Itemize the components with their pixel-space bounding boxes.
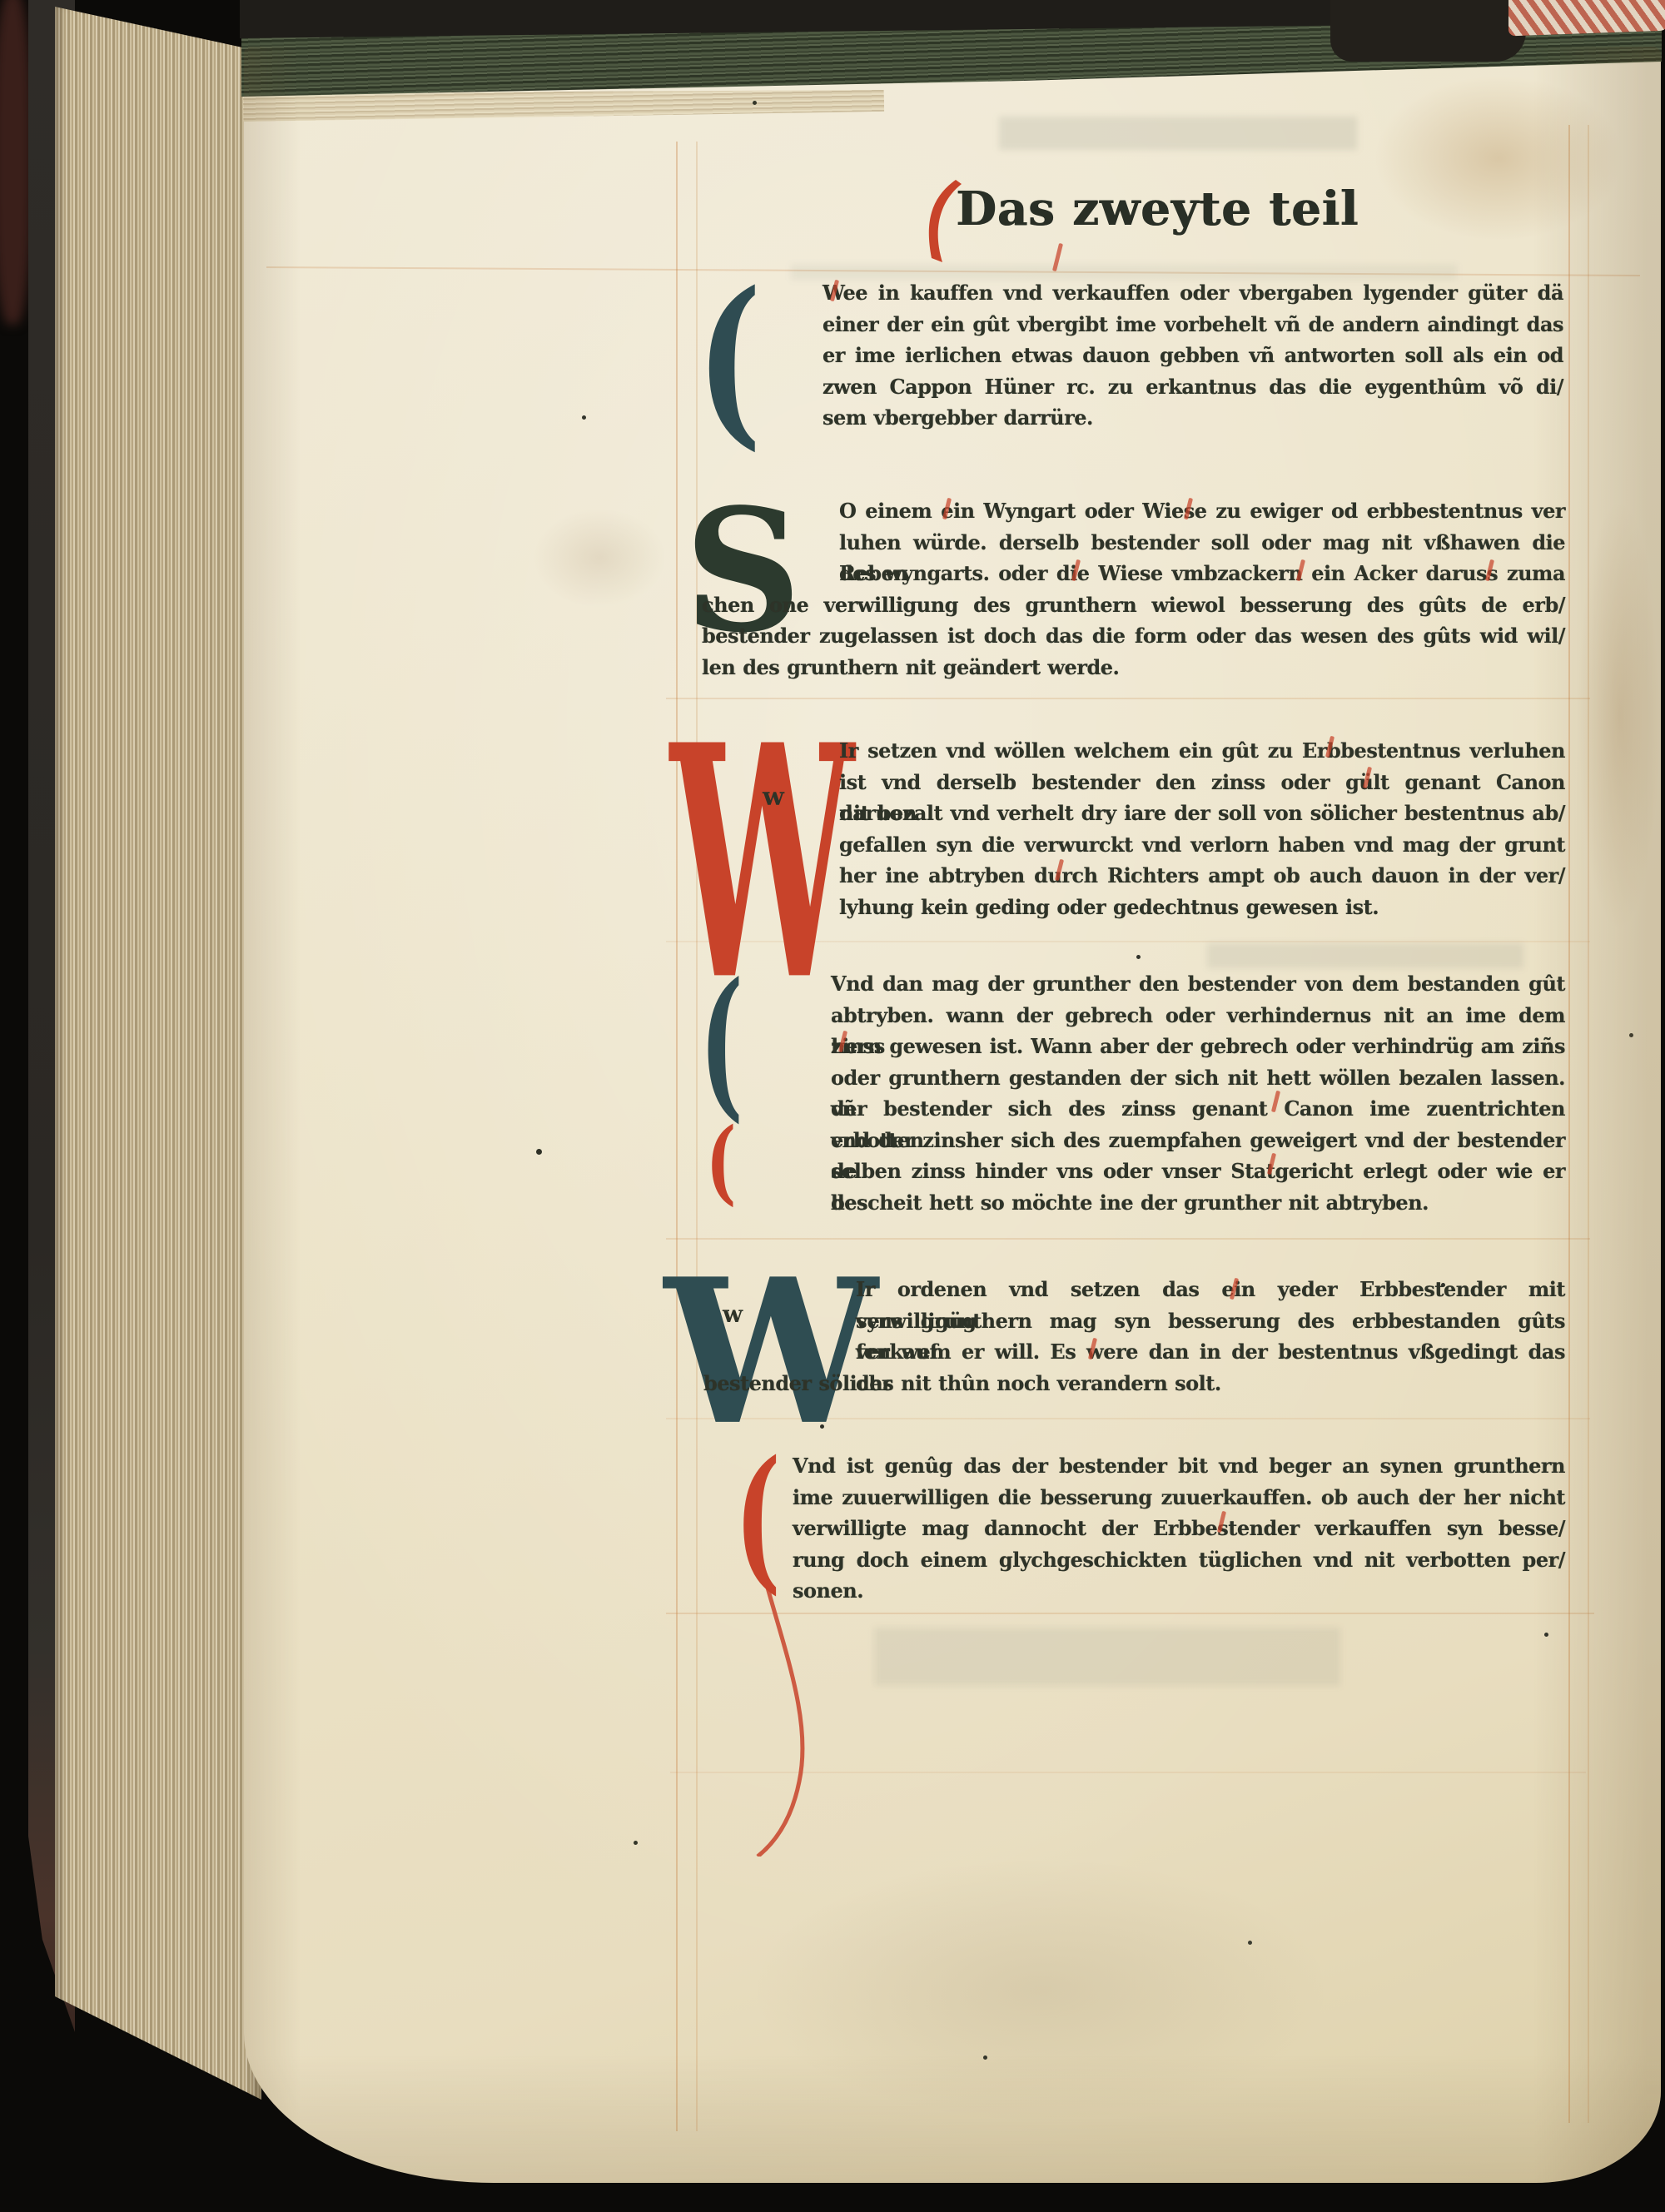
initial-flourish-tail [741,1582,841,1857]
text-line: der bestender sich des zinss genant Cano… [831,1093,1565,1125]
text-line: gefallen syn die verwurckt vnd verlorn h… [839,829,1565,861]
text-line: len des grunthern nit geändert werde. [702,652,1565,683]
text-line: einer der ein gût vbergibt ime vorbehelt… [823,309,1563,340]
page-ruling-line [1588,125,1589,2123]
initial-letter-W: W [670,703,854,1023]
initial-bracket: ( [699,962,743,1124]
cover-top-edge [1330,0,1526,62]
text-line: bescheit hett so möchte ine der grunther… [831,1187,1565,1219]
text-line: verwilligte mag dannocht der Erbbestende… [793,1513,1565,1544]
text-line: rung doch einem glychgeschickten tüglich… [793,1544,1565,1576]
initial-bracket-red: ( [706,1116,736,1207]
cover-corner-wear [0,0,32,325]
initial-bracket: ( [696,268,763,452]
paragraph: O einem ein Wyngart oder Wiese zu ewiger… [839,495,1565,683]
text-line: ist vnd derselb bestender den zinss oder… [839,767,1565,798]
endband [1508,0,1665,36]
text-line: luhen würde. derselb bestender soll oder… [839,527,1565,559]
text-line: des wyngarts. oder die Wiese vmbzackern … [839,558,1565,589]
text-line: bestender sölichs nit thûn noch verander… [703,1368,1565,1399]
text-line: bestender zugelassen ist doch das die fo… [702,620,1565,652]
text-line: her ine abtryben durch Richters ampt ob … [839,860,1565,892]
paragraph: Vnd ist genûg das der bestender bit vnd … [793,1450,1565,1607]
text-line: abtryben. wann der gebrech oder verhinde… [831,1000,1565,1031]
text-line: selben zinss hinder vns oder vnser Statg… [831,1156,1565,1187]
page-ruling-line [1568,125,1570,2123]
text-line: sem vbergebber darrüre. [823,402,1563,434]
initial-letter-W: W [664,1253,877,1452]
page-stack-fore-edge [55,0,261,2212]
text-line: sonen. [793,1575,1565,1607]
text-line: zwen Cappon Hüner rc. zu erkantnus das d… [823,371,1563,403]
section-title: Das zweyte teil [956,181,1359,236]
text-line: lyhung kein geding oder gedechtnus gewes… [839,892,1565,923]
text-line: vnd der zinsher sich des zuempfahen gewe… [831,1125,1565,1156]
paragraph: Ir setzen vnd wöllen welchem ein gût zu … [839,735,1565,922]
page-ruling-line [676,142,678,2131]
text-line: er ime ierlichen etwas dauon gebben vñ a… [823,340,1563,371]
scanned-book-photo: Das zweyte teil ( S W w ( ( W w ( Wee in… [0,0,1665,2212]
paragraph: Ir ordenen vnd setzen das ein yeder Erbb… [856,1274,1565,1399]
text-line: Wee in kauffen vnd verkauffen oder vberg… [823,277,1563,309]
guide-letter: w [763,783,784,812]
paragraph: Wee in kauffen vnd verkauffen oder vberg… [823,277,1563,434]
text-line: Ir setzen vnd wöllen welchem ein gût zu … [839,735,1565,767]
text-line: Vnd dan mag der grunther den bestender v… [831,968,1565,1000]
text-line: Vnd ist genûg das der bestender bit vnd … [793,1450,1565,1482]
paragraph: Vnd dan mag der grunther den bestender v… [831,968,1565,1218]
text-line: nit bezalt vnd verhelt dry iare der soll… [839,798,1565,829]
text-line: oder grunthern gestanden der sich nit he… [831,1062,1565,1094]
text-line: chen one verwilligung des grunthern wiew… [702,589,1565,621]
text-line: fen wem er will. Es were dan in der best… [856,1336,1565,1368]
guide-letter: w [723,1300,743,1328]
initial-bracket: ( [734,1440,781,1596]
text-line: ime zuuerwilligen die besserung zuuerkau… [793,1482,1565,1514]
ink-specks [0,0,2,2]
text-line: Ir ordenen vnd setzen das ein yeder Erbb… [856,1274,1565,1305]
text-line: syns grunthern mag syn besserung des erb… [856,1305,1565,1337]
text-line: hern gewesen ist. Wann aber der gebrech … [831,1031,1565,1062]
